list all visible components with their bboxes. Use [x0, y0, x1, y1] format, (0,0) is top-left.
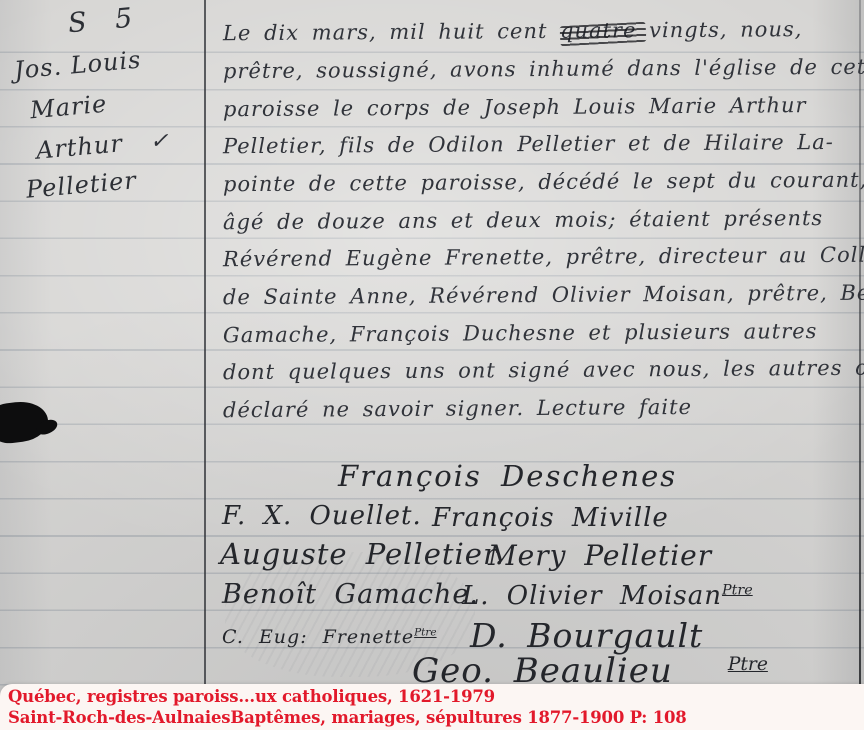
- column-divider-line: [204, 0, 206, 684]
- margin-name-line: Jos. Louis: [13, 45, 143, 86]
- signature-name: C. Eug: Frenette: [222, 626, 414, 648]
- citation-parish-page: Saint-Roch-des-AulnaiesBaptêmes, mariage…: [8, 707, 864, 728]
- act-line: dont quelques uns ont signé avec nous, l…: [223, 355, 855, 386]
- signature-name: L. Olivier Moisan: [462, 581, 722, 611]
- signature: L. Olivier MoisanPtre: [462, 580, 753, 613]
- act-line: déclaré ne savoir signer. Lecture faite: [223, 393, 855, 424]
- source-citation-bar: Québec, registres paroiss...ux catholiqu…: [0, 684, 864, 730]
- citation-collection: Québec, registres paroiss...ux catholiqu…: [8, 686, 864, 707]
- signature: François Miville: [432, 502, 669, 535]
- signature: François Deschenes: [338, 458, 677, 494]
- signature-title: Ptre: [414, 627, 436, 639]
- margin-name-line: Pelletier: [25, 165, 138, 205]
- ink-blot: [0, 399, 50, 446]
- margin-entry-code: S 5: [67, 1, 144, 41]
- signature-title: Ptre: [728, 654, 768, 675]
- act-line: âgé de douze ans et deux mois; étaient p…: [223, 205, 855, 236]
- margin-checkmark: ✓: [150, 128, 169, 156]
- margin-name-line: Arthur: [35, 128, 124, 165]
- act-line: paroisse le corps de Joseph Louis Marie …: [223, 92, 855, 123]
- act-line: Gamache, François Duchesne et plusieurs …: [223, 318, 855, 349]
- act-line: prêtre, soussigné, avons inhumé dans l'é…: [223, 54, 855, 85]
- page-edge-line: [859, 0, 861, 684]
- signature: Auguste Pelletier.: [220, 536, 505, 572]
- act-line: pointe de cette paroisse, décédé le sept…: [223, 167, 855, 198]
- act-line: de Sainte Anne, Révérend Olivier Moisan,…: [223, 280, 855, 311]
- signature: F. X. Ouellet.: [222, 500, 422, 533]
- signature-title: Ptre: [722, 582, 753, 598]
- signature: Benoît Gamache.: [222, 578, 479, 612]
- act-line: Pelletier, fils de Odilon Pelletier et d…: [223, 129, 855, 160]
- act-line: Révérend Eugène Frenette, prêtre, direct…: [223, 242, 855, 273]
- register-scan[interactable]: S 5 Jos. Louis Marie Arthur Pelletier ✓ …: [0, 0, 864, 730]
- margin-name-line: Marie: [29, 89, 109, 126]
- act-line: Le dix mars, mil huit cent quatre vingts…: [223, 16, 855, 47]
- signature: C. Eug: FrenettePtre: [222, 626, 437, 650]
- record-image-viewer: S 5 Jos. Louis Marie Arthur Pelletier ✓ …: [0, 0, 864, 730]
- signature: Mery Pelletier: [488, 538, 712, 573]
